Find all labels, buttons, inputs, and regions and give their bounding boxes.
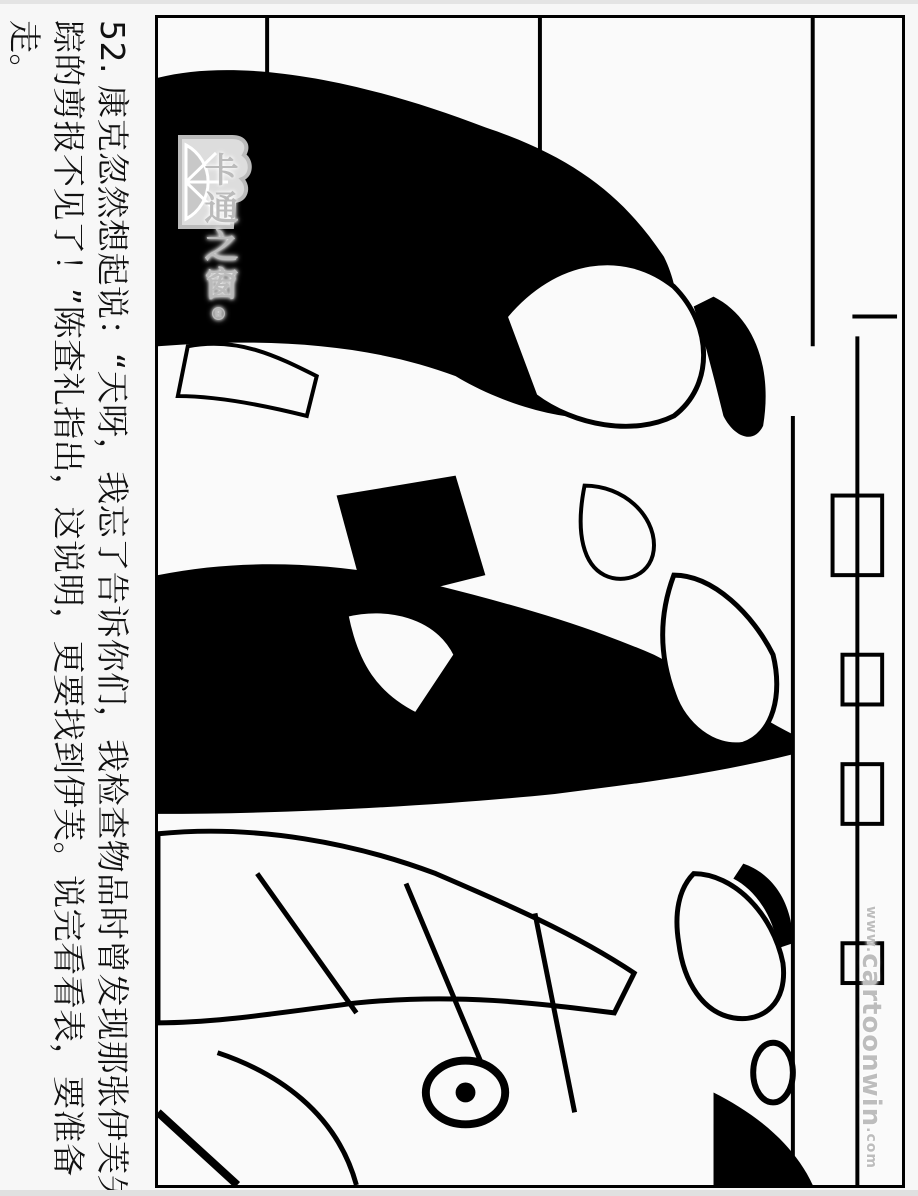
comic-panel: 卡通之窗® www.cartoonwin.com	[155, 15, 905, 1188]
panel-illustration	[158, 18, 902, 1185]
caption-line-3: 走。	[2, 20, 46, 1196]
bottom-edge	[0, 1190, 918, 1196]
caption-line-1: 52. 康克忽然想起说：“天呀，我忘了告诉你们，我检查物品时曾发现那张伊芙失	[90, 20, 134, 1196]
watermark-logo-text: 卡通之窗®	[194, 152, 243, 329]
caption-line-2: 踪的剪报不见了！”陈査礼指出，这说明，更要找到伊芙。说完看看表，要准备	[46, 20, 90, 1196]
caption-rotated: 52. 康克忽然想起说：“天呀，我忘了告诉你们，我检查物品时曾发现那张伊芙失 踪…	[0, 0, 150, 1196]
caption-block: 52. 康克忽然想起说：“天呀，我忘了告诉你们，我检查物品时曾发现那张伊芙失 踪…	[0, 0, 150, 1196]
watermark-url: www.cartoonwin.com	[856, 906, 886, 1169]
watermark-logo: 卡通之窗®	[172, 32, 252, 332]
